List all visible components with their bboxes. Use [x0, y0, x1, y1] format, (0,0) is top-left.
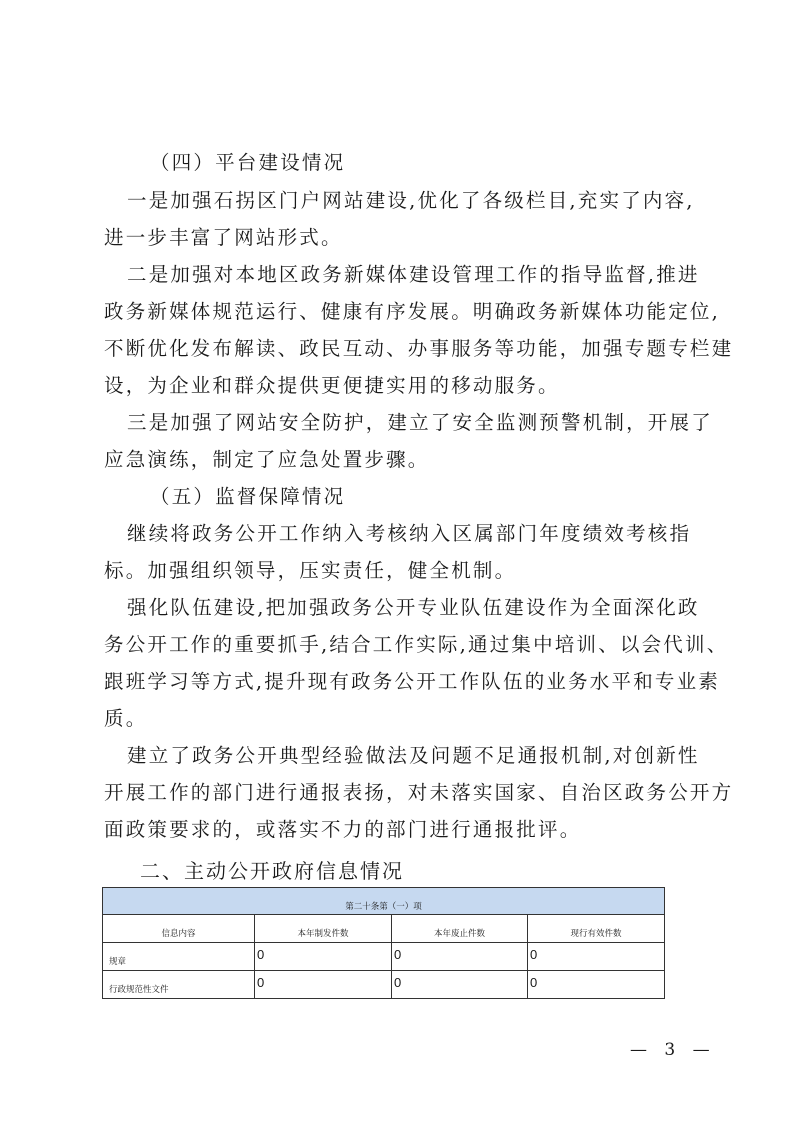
table-title: 第二十条第（一）项 — [103, 888, 665, 915]
section-heading-platform: （四）平台建设情况 — [150, 152, 345, 174]
table-row: 行政规范性文件 0 0 0 — [103, 971, 665, 999]
paragraph-line: 政务新媒体规范运行、健康有序发展。明确政务新媒体功能定位, — [104, 301, 720, 323]
paragraph-line: 继续将政务公开工作纳入考核纳入区属部门年度绩效考核指 — [127, 523, 691, 545]
paragraph-line: 一是加强石拐区门户网站建设,优化了各级栏目,充实了内容, — [127, 190, 695, 212]
cell-value: 0 — [528, 943, 665, 971]
paragraph-line: 务公开工作的重要抓手,结合工作实际,通过集中培训、以会代训、 — [104, 634, 728, 656]
cell-value: 0 — [255, 971, 392, 999]
paragraph-line: 建立了政务公开典型经验做法及问题不足通报机制,对创新性 — [127, 745, 700, 767]
column-header: 现行有效件数 — [528, 915, 665, 943]
table-row: 规章 0 0 0 — [103, 943, 665, 971]
paragraph-line: 三是加强了网站安全防护，建立了安全监测预警机制，开展了 — [127, 412, 713, 434]
row-label: 规章 — [103, 943, 255, 971]
column-header: 本年废止件数 — [392, 915, 528, 943]
paragraph-line: 开展工作的部门进行通报表扬，对未落实国家、自治区政务公开方 — [104, 782, 733, 804]
paragraph-line: 强化队伍建设,把加强政务公开专业队伍建设作为全面深化政 — [127, 597, 700, 619]
paragraph-line: 应急演练，制定了应急处置步骤。 — [104, 449, 430, 471]
paragraph-line: 标。加强组织领导，压实责任，健全机制。 — [104, 560, 516, 582]
document-page: （四）平台建设情况 一是加强石拐区门户网站建设,优化了各级栏目,充实了内容, 进… — [0, 0, 793, 1122]
row-label: 行政规范性文件 — [103, 971, 255, 999]
table-header-row: 信息内容 本年制发件数 本年废止件数 现行有效件数 — [103, 915, 665, 943]
cell-value: 0 — [392, 971, 528, 999]
cell-value: 0 — [392, 943, 528, 971]
page-number: — 3 — — [630, 1040, 716, 1060]
cell-value: 0 — [528, 971, 665, 999]
cell-value: 0 — [255, 943, 392, 971]
paragraph-line: 面政策要求的，或落实不力的部门进行通报批评。 — [104, 819, 581, 841]
column-header: 信息内容 — [103, 915, 255, 943]
table-title-row: 第二十条第（一）项 — [103, 888, 665, 915]
paragraph-line: 跟班学习等方式,提升现有政务公开工作队伍的业务水平和专业素 — [104, 671, 720, 693]
paragraph-line: 不断优化发布解读、政民互动、办事服务等功能，加强专题专栏建 — [104, 338, 733, 360]
paragraph-line: 设，为企业和群众提供更便捷实用的移动服务。 — [104, 375, 560, 397]
section-heading-proactive-disclosure: 二、主动公开政府信息情况 — [140, 855, 404, 884]
paragraph-line: 质。 — [104, 708, 147, 730]
disclosure-table: 第二十条第（一）项 信息内容 本年制发件数 本年废止件数 现行有效件数 规章 0… — [102, 887, 665, 999]
section-heading-supervision: （五）监督保障情况 — [150, 486, 345, 508]
paragraph-line: 二是加强对本地区政务新媒体建设管理工作的指导监督,推进 — [127, 264, 700, 286]
paragraph-line: 进一步丰富了网站形式。 — [104, 227, 343, 249]
column-header: 本年制发件数 — [255, 915, 392, 943]
